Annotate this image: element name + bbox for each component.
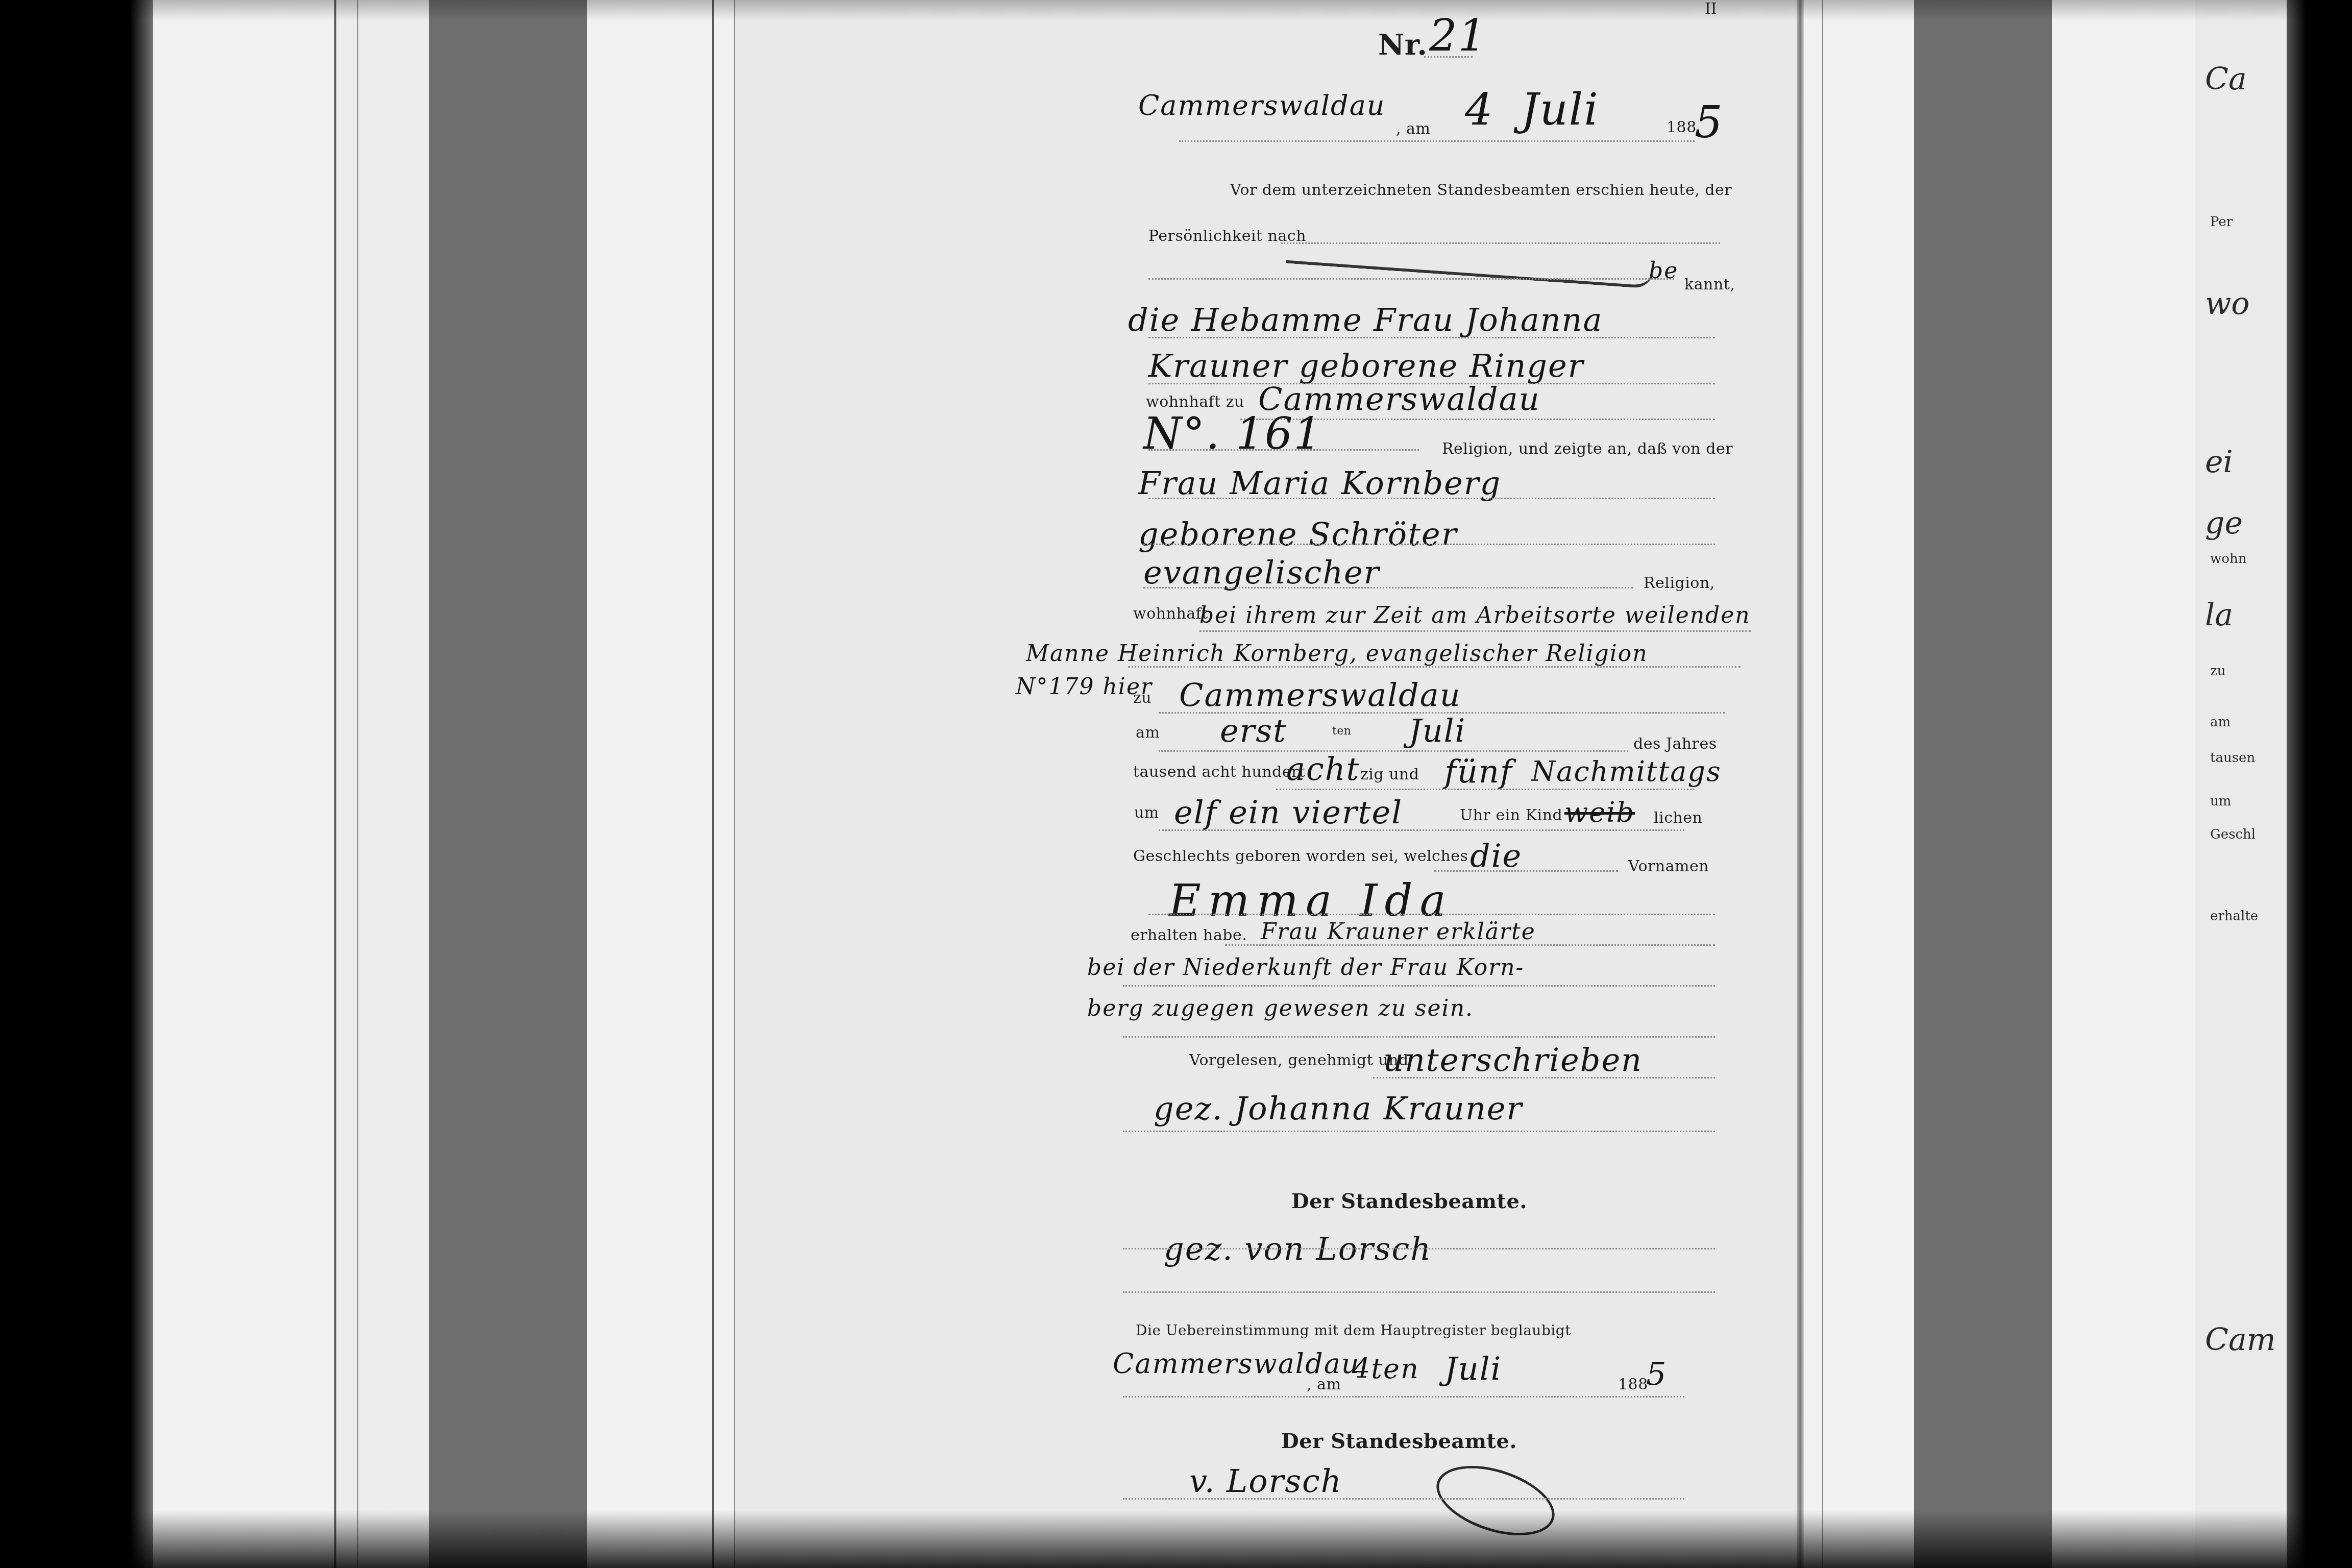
unterschrieben: unterschrieben bbox=[1383, 1041, 1643, 1079]
inner-page-strip-2 bbox=[715, 0, 735, 1568]
dotted-line bbox=[1159, 829, 1684, 831]
note-line-3: berg zugegen gewesen zu sein. bbox=[1087, 995, 1474, 1021]
birth-day: erst bbox=[1220, 712, 1287, 749]
dotted-line bbox=[1199, 630, 1751, 632]
dotted-line bbox=[1148, 278, 1674, 280]
dotted-line bbox=[1143, 544, 1715, 545]
adjacent-label: Cam bbox=[2205, 1322, 2276, 1358]
time-of-day: Nachmittags bbox=[1531, 755, 1722, 788]
cert-place: Cammerswaldau bbox=[1113, 1347, 1360, 1380]
standesbeamte-heading-2: Der Standesbeamte. bbox=[1281, 1429, 1517, 1453]
adjacent-label: Geschl bbox=[2210, 827, 2256, 842]
residence-place: Cammerswaldau bbox=[1179, 676, 1461, 714]
dotted-line bbox=[1276, 789, 1695, 790]
sex-value: weib bbox=[1564, 796, 1635, 828]
dotted-line bbox=[1179, 140, 1695, 142]
header-year-suffix: 5 bbox=[1695, 97, 1724, 148]
dotted-line bbox=[1148, 914, 1715, 915]
film-shadow-bottom bbox=[0, 1511, 2352, 1568]
dotted-line bbox=[1123, 985, 1715, 987]
adjacent-label: um bbox=[2210, 794, 2231, 809]
dotted-line bbox=[1123, 1396, 1684, 1398]
tausend-label: tausend acht hundert bbox=[1133, 763, 1305, 781]
vorgelesen-label: Vorgelesen, genehmigt und bbox=[1189, 1051, 1409, 1069]
adjacent-label: wo bbox=[2205, 286, 2249, 322]
cert-month: Juli bbox=[1444, 1350, 1502, 1387]
religion-text: Religion, und zeigte an, daß von der bbox=[1442, 440, 1733, 458]
right-inner-strip bbox=[1804, 0, 1914, 1568]
dotted-line bbox=[1373, 1077, 1715, 1079]
adjacent-label: la bbox=[2205, 597, 2233, 633]
note-line-2: bei der Niederkunft der Frau Korn- bbox=[1087, 954, 1524, 981]
adjacent-label: erhalte bbox=[2210, 909, 2258, 924]
binding-band-left bbox=[429, 0, 587, 1568]
note-line-1: Frau Krauner erklärte bbox=[1261, 919, 1536, 945]
informant-signature: gez. Johanna Krauner bbox=[1154, 1090, 1523, 1127]
dotted-line bbox=[1123, 1248, 1715, 1249]
official-signature-2: v. Lorsch bbox=[1189, 1462, 1342, 1500]
dotted-line bbox=[1123, 1291, 1715, 1293]
cert-day: 4ten bbox=[1353, 1353, 1419, 1385]
lichen-label: lichen bbox=[1654, 809, 1702, 827]
dotted-line bbox=[1225, 944, 1715, 946]
informant-line-1: die Hebamme Frau Johanna bbox=[1128, 301, 1603, 338]
adjacent-label: zu bbox=[2210, 664, 2225, 679]
birth-month: Juli bbox=[1409, 712, 1466, 749]
cert-am-label: , am bbox=[1307, 1376, 1341, 1393]
page-edge-line bbox=[1822, 0, 1823, 1568]
entry-number-label: Nr. bbox=[1378, 28, 1428, 62]
welches-value: die bbox=[1470, 837, 1522, 874]
uhr-kind-label: Uhr ein Kind bbox=[1460, 806, 1562, 824]
page-edge-line bbox=[357, 0, 358, 1568]
page-edge-line bbox=[712, 0, 714, 1568]
cert-year-prefix: 188 bbox=[1618, 1376, 1648, 1393]
dotted-line bbox=[1123, 1498, 1684, 1500]
mother-line-1: Frau Maria Kornberg bbox=[1138, 464, 1501, 502]
dotted-line bbox=[1128, 666, 1741, 668]
dotted-line bbox=[1159, 750, 1628, 752]
religion-label: Religion, bbox=[1644, 574, 1715, 592]
dotted-line bbox=[1434, 870, 1618, 872]
header-month: Juli bbox=[1521, 84, 1599, 135]
page-edge-line bbox=[334, 0, 336, 1568]
adjacent-label: tausen bbox=[2210, 750, 2255, 766]
house-number: N°. 161 bbox=[1143, 408, 1322, 459]
film-border-right bbox=[2287, 0, 2352, 1568]
residence-prefix: N°179 hier bbox=[1016, 674, 1153, 700]
adjacent-label: Per bbox=[2210, 214, 2233, 230]
birth-time: elf ein viertel bbox=[1174, 794, 1403, 831]
intro-text: Vor dem unterzeichneten Standesbeamten e… bbox=[1230, 181, 1732, 199]
uebereinstimmung-text: Die Uebereinstimmung mit dem Hauptregist… bbox=[1136, 1322, 1571, 1339]
left-page-strip bbox=[153, 0, 337, 1568]
dotted-line bbox=[1424, 56, 1473, 58]
bekannt-hand: be bbox=[1649, 258, 1678, 284]
adjacent-label: ei bbox=[2205, 444, 2233, 480]
adjacent-label: am bbox=[2210, 715, 2231, 730]
residence-line-1: bei ihrem zur Zeit am Arbeitsorte weilen… bbox=[1199, 602, 1751, 628]
binding-band-right bbox=[1914, 0, 2052, 1568]
zu-label: zu bbox=[1133, 689, 1151, 707]
dotted-line bbox=[1123, 1036, 1715, 1038]
dotted-line bbox=[1148, 337, 1715, 338]
informant-line-2: Krauner geborene Ringer bbox=[1148, 347, 1584, 384]
register-page-edge bbox=[1797, 0, 1804, 1568]
birth-decade: acht bbox=[1286, 750, 1360, 788]
inner-page-strip bbox=[587, 0, 715, 1568]
um-label: um bbox=[1134, 804, 1159, 822]
header-am-label: , am bbox=[1396, 120, 1430, 138]
right-page-strip bbox=[2052, 0, 2195, 1568]
des-jahres-label: des Jahres bbox=[1633, 735, 1717, 753]
dotted-line bbox=[1123, 1131, 1715, 1132]
am-label: am bbox=[1136, 724, 1160, 742]
geschlechts-label: Geschlechts geboren worden sei, welches bbox=[1133, 847, 1468, 865]
vornamen-label: Vornamen bbox=[1628, 857, 1709, 875]
header-place: Cammerswaldau bbox=[1138, 89, 1386, 121]
standesbeamte-heading-1: Der Standesbeamte. bbox=[1291, 1189, 1527, 1213]
adjacent-label: Ca bbox=[2205, 61, 2247, 97]
header-day: 4 bbox=[1465, 84, 1494, 135]
dotted-line bbox=[1148, 449, 1419, 451]
birth-unit-year: fünf bbox=[1444, 753, 1513, 790]
header-year-prefix: 188 bbox=[1667, 118, 1697, 136]
ten-suffix: ten bbox=[1332, 725, 1352, 738]
bekannt-print: kannt, bbox=[1684, 276, 1735, 293]
erhalten-label: erhalten habe. bbox=[1131, 926, 1247, 944]
left-page-strip-2 bbox=[337, 0, 429, 1568]
dotted-line bbox=[1143, 587, 1633, 589]
zig-und-label: zig und bbox=[1360, 766, 1419, 783]
adjacent-label: ge bbox=[2205, 505, 2243, 541]
dotted-line bbox=[1148, 498, 1715, 499]
adjacent-label: wohn bbox=[2210, 551, 2246, 567]
mother-religion: evangelischer bbox=[1143, 554, 1380, 591]
film-shadow-top bbox=[0, 0, 2352, 20]
residence-line-2: Manne Heinrich Kornberg, evangelischer R… bbox=[1026, 641, 1648, 667]
film-border-left bbox=[0, 0, 153, 1568]
cert-year-suffix: 5 bbox=[1646, 1355, 1667, 1392]
mother-line-2: geborene Schröter bbox=[1138, 516, 1457, 553]
wohnhaft-label: wohnhaft bbox=[1133, 605, 1208, 623]
